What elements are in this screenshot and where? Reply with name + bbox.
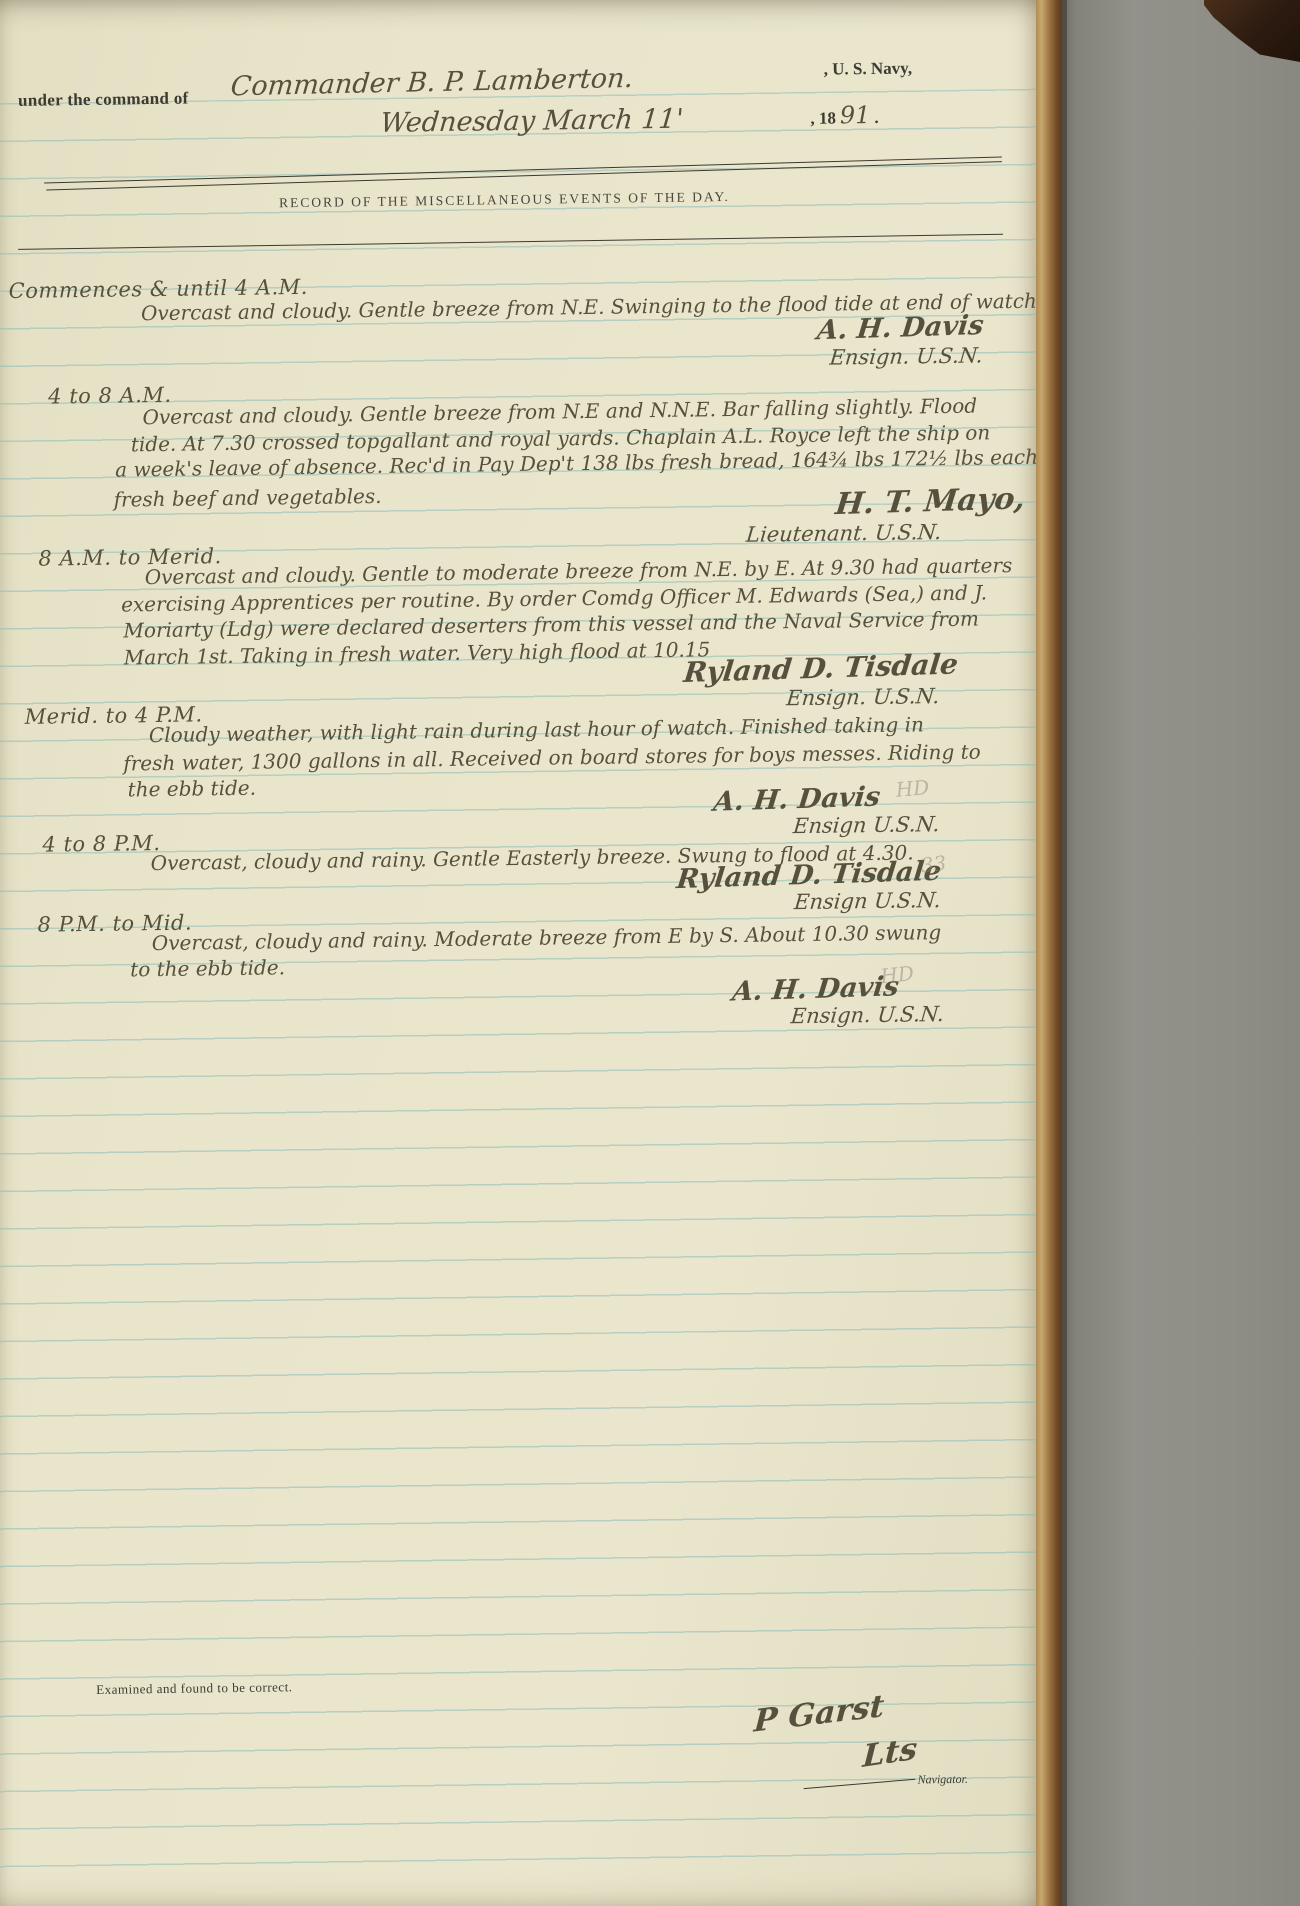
logbook-page: under the command of Commander B. P. Lam… bbox=[0, 0, 1036, 1906]
examined-label: Examined and found to be correct. bbox=[96, 1679, 292, 1698]
watch-rank: Ensign U.S.N. bbox=[793, 888, 942, 914]
pencil-mark: HD bbox=[879, 961, 915, 988]
scanner-background bbox=[1062, 0, 1300, 1906]
watch-signature: H. T. Mayo, bbox=[834, 481, 1027, 522]
watch-rank: Ensign U.S.N. bbox=[792, 812, 941, 838]
year-handwritten: 91 bbox=[840, 101, 871, 129]
command-label: under the command of bbox=[18, 89, 189, 111]
watch-rank: Ensign. U.S.N. bbox=[829, 343, 984, 369]
watch-signature: A. H. Davis bbox=[815, 310, 985, 346]
logbook-scan: under the command of Commander B. P. Lam… bbox=[0, 0, 1300, 1906]
page-content: under the command of Commander B. P. Lam… bbox=[0, 0, 1036, 1906]
log-line: to the ebb tide. bbox=[130, 955, 285, 981]
book-edge-shadow bbox=[1062, 0, 1067, 1906]
year-group: , 18 91 . bbox=[810, 101, 879, 130]
watch-rank: Ensign. U.S.N. bbox=[790, 1002, 945, 1028]
navigator-label: Navigator. bbox=[917, 1772, 968, 1788]
watch-rank: Lieutenant. U.S.N. bbox=[745, 520, 942, 547]
year-period: . bbox=[874, 108, 879, 127]
watch-rank: Ensign. U.S.N. bbox=[785, 684, 940, 710]
navy-suffix-label: , U. S. Navy, bbox=[824, 58, 913, 79]
log-line: fresh beef and vegetables. bbox=[113, 484, 381, 512]
pencil-mark: 33 bbox=[919, 851, 947, 878]
year-prefix-label: , 18 bbox=[810, 108, 836, 127]
watch-heading: 4 to 8 P.M. bbox=[42, 831, 160, 857]
date-handwritten: Wednesday March 11' bbox=[379, 104, 685, 139]
pencil-mark: HD bbox=[895, 775, 930, 802]
log-line: the ebb tide. bbox=[128, 776, 257, 802]
